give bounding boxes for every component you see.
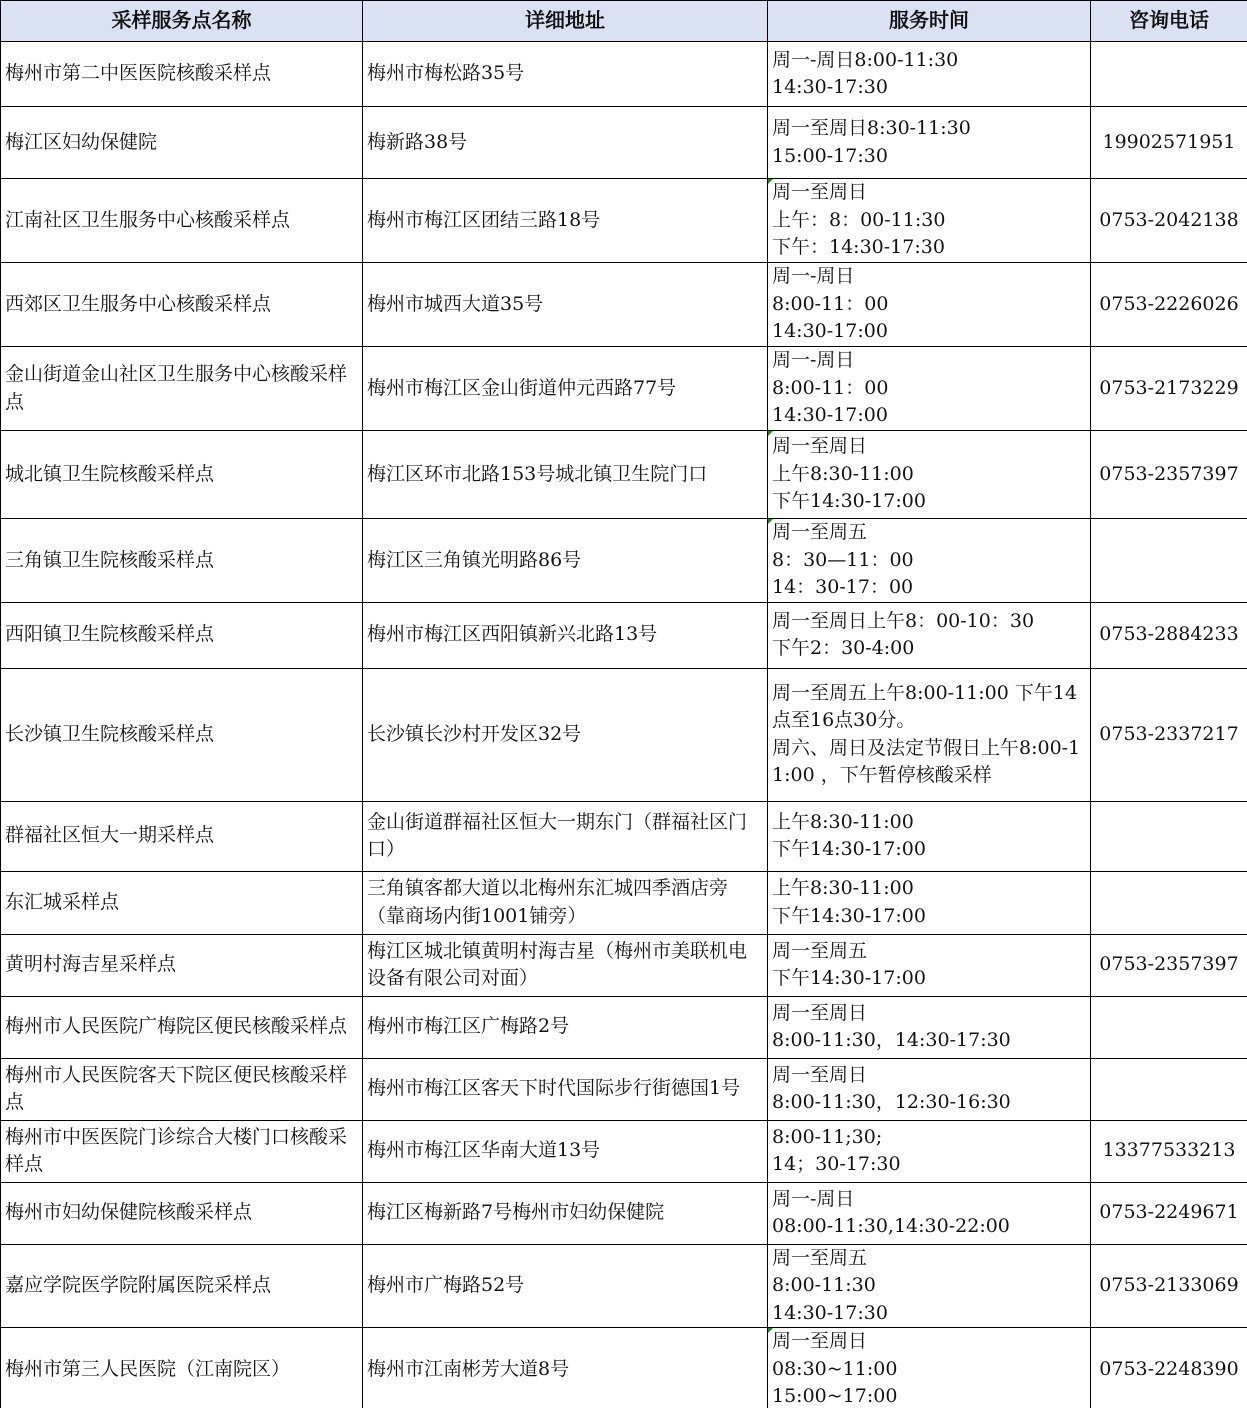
service-hours-cell-text: 周一至周五 8：30—11：00 14：30-17：00 <box>772 521 914 598</box>
table-row: 梅江区妇幼保健院梅新路38号周一至周日8:30-11:30 15:00-17:3… <box>1 107 1247 179</box>
address-cell-text: 三角镇客都大道以北梅州东汇城四季酒店旁（靠商场内街1001铺旁） <box>367 877 728 927</box>
phone-cell <box>1091 996 1247 1058</box>
site-name-cell-text: 金山街道金山社区卫生服务中心核酸采样点 <box>5 363 347 413</box>
header-address: 详细地址 <box>363 1 768 42</box>
service-hours-cell-text: 周一-周日 08:00-11:30,14:30-22:00 <box>772 1188 1010 1238</box>
service-hours-cell-text: 8:00-11;30; 14；30-17:30 <box>772 1126 901 1176</box>
table-row: 金山街道金山社区卫生服务中心核酸采样点梅州市梅江区金山街道仲元西路77号周一-周… <box>1 347 1247 431</box>
cell-comment-marker-icon <box>768 179 773 184</box>
address-cell: 梅州市城西大道35号 <box>363 263 768 347</box>
phone-cell: 0753-2884233 <box>1091 602 1247 668</box>
site-name-cell: 西阳镇卫生院核酸采样点 <box>1 602 363 668</box>
phone-cell: 0753-2337217 <box>1091 668 1247 801</box>
site-name-cell: 江南社区卫生服务中心核酸采样点 <box>1 179 363 263</box>
phone-cell-text: 0753-2249671 <box>1099 1201 1238 1223</box>
address-cell-text: 梅江区环市北路153号城北镇卫生院门口 <box>367 463 707 485</box>
service-hours-cell-text: 周一至周日8:30-11:30 15:00-17:30 <box>772 117 971 167</box>
header-site-name: 采样服务点名称 <box>1 1 363 42</box>
table-row: 梅州市中医医院门诊综合大楼门口核酸采样点梅州市梅江区华南大道13号8:00-11… <box>1 1120 1247 1182</box>
header-row: 采样服务点名称 详细地址 服务时间 咨询电话 <box>1 1 1247 42</box>
service-hours-cell-text: 周一至周日上午8：00-10：30 下午2：30-4:00 <box>772 610 1034 660</box>
address-cell-text: 梅州市梅江区西阳镇新兴北路13号 <box>367 623 657 645</box>
address-cell: 梅州市梅江区广梅路2号 <box>363 996 768 1058</box>
address-cell: 梅州市梅江区团结三路18号 <box>363 179 768 263</box>
table-row: 梅州市第二中医医院核酸采样点梅州市梅松路35号周一-周日8:00-11:30 1… <box>1 42 1247 107</box>
phone-cell: 0753-2248390 <box>1091 1328 1247 1408</box>
address-cell: 梅州市广梅路52号 <box>363 1244 768 1328</box>
service-hours-cell-text: 周一至周日 8:00-11:30，12:30-16:30 <box>772 1064 1011 1114</box>
service-hours-cell: 周一至周日 上午8:30-11:00 下午14:30-17:00 <box>768 431 1091 519</box>
site-name-cell-text: 嘉应学院医学院附属医院采样点 <box>5 1274 271 1296</box>
address-cell-text: 梅州市梅江区团结三路18号 <box>367 209 600 231</box>
phone-cell: 0753-2226026 <box>1091 263 1247 347</box>
phone-cell-text: 0753-2173229 <box>1099 377 1238 399</box>
site-name-cell: 黄明村海吉星采样点 <box>1 934 363 996</box>
service-hours-cell: 周一-周日 8:00-11：00 14:30-17:00 <box>768 347 1091 431</box>
phone-cell: 13377533213 <box>1091 1120 1247 1182</box>
site-name-cell: 梅州市第三人民医院（江南院区） <box>1 1328 363 1408</box>
address-cell: 梅新路38号 <box>363 107 768 179</box>
address-cell-text: 梅州市梅江区广梅路2号 <box>367 1015 569 1037</box>
site-name-cell-text: 西郊区卫生服务中心核酸采样点 <box>5 293 271 315</box>
service-hours-cell: 周一至周五 8:00-11:30 14:30-17:30 <box>768 1244 1091 1328</box>
service-hours-cell: 周一-周日 08:00-11:30,14:30-22:00 <box>768 1182 1091 1244</box>
phone-cell-text: 0753-2042138 <box>1099 209 1238 231</box>
service-hours-cell: 周一至周日8:30-11:30 15:00-17:30 <box>768 107 1091 179</box>
service-hours-cell-text: 上午8:30-11:00 下午14:30-17:00 <box>772 811 926 861</box>
phone-cell: 0753-2173229 <box>1091 347 1247 431</box>
service-hours-cell: 周一至周日 8:00-11:30，12:30-16:30 <box>768 1058 1091 1120</box>
site-name-cell-text: 江南社区卫生服务中心核酸采样点 <box>5 209 290 231</box>
service-hours-cell: 周一至周日上午8：00-10：30 下午2：30-4:00 <box>768 602 1091 668</box>
site-name-cell-text: 东汇城采样点 <box>5 891 119 913</box>
site-name-cell-text: 三角镇卫生院核酸采样点 <box>5 549 214 571</box>
phone-cell <box>1091 1058 1247 1120</box>
service-hours-cell: 周一至周五上午8:00-11:00 下午14点至16点30分。 周六、周日及法定… <box>768 668 1091 801</box>
address-cell: 梅州市梅江区西阳镇新兴北路13号 <box>363 602 768 668</box>
table-row: 黄明村海吉星采样点梅江区城北镇黄明村海吉星（梅州市美联机电设备有限公司对面）周一… <box>1 934 1247 996</box>
address-cell-text: 梅州市梅江区华南大道13号 <box>367 1139 600 1161</box>
address-cell: 梅州市梅松路35号 <box>363 42 768 107</box>
address-cell: 梅江区环市北路153号城北镇卫生院门口 <box>363 431 768 519</box>
site-name-cell: 梅州市中医医院门诊综合大楼门口核酸采样点 <box>1 1120 363 1182</box>
service-hours-cell-text: 周一至周五上午8:00-11:00 下午14点至16点30分。 周六、周日及法定… <box>772 682 1080 787</box>
site-name-cell: 梅江区妇幼保健院 <box>1 107 363 179</box>
address-cell-text: 梅江区三角镇光明路86号 <box>367 549 581 571</box>
service-hours-cell-text: 周一至周日 上午：8：00-11:30 下午：14:30-17:30 <box>772 181 945 258</box>
address-cell: 梅江区城北镇黄明村海吉星（梅州市美联机电设备有限公司对面） <box>363 934 768 996</box>
phone-cell-text: 0753-2357397 <box>1099 953 1238 975</box>
site-name-cell-text: 梅州市第二中医医院核酸采样点 <box>5 62 271 84</box>
service-hours-cell-text: 周一至周五 下午14:30-17:00 <box>772 940 926 990</box>
address-cell: 梅州市梅江区华南大道13号 <box>363 1120 768 1182</box>
service-hours-cell: 周一至周日 8:00-11:30，14:30-17:30 <box>768 996 1091 1058</box>
site-name-cell-text: 梅州市人民医院客天下院区便民核酸采样点 <box>5 1064 347 1114</box>
service-hours-cell: 上午8:30-11:00 下午14:30-17:00 <box>768 801 1091 871</box>
address-cell-text: 梅州市梅江区客天下时代国际步行街德国1号 <box>367 1077 740 1099</box>
site-name-cell-text: 梅州市第三人民医院（江南院区） <box>5 1358 290 1380</box>
cell-comment-marker-icon <box>768 431 773 436</box>
site-name-cell: 梅州市人民医院客天下院区便民核酸采样点 <box>1 1058 363 1120</box>
site-name-cell: 金山街道金山社区卫生服务中心核酸采样点 <box>1 347 363 431</box>
service-hours-cell-text: 周一-周日8:00-11:30 14:30-17:30 <box>772 49 958 99</box>
address-cell: 梅州市梅江区金山街道仲元西路77号 <box>363 347 768 431</box>
phone-cell: 0753-2042138 <box>1091 179 1247 263</box>
address-cell-text: 梅新路38号 <box>367 131 467 153</box>
phone-cell <box>1091 801 1247 871</box>
sampling-sites-table: 采样服务点名称 详细地址 服务时间 咨询电话 梅州市第二中医医院核酸采样点梅州市… <box>0 0 1247 1408</box>
table-row: 江南社区卫生服务中心核酸采样点梅州市梅江区团结三路18号周一至周日 上午：8：0… <box>1 179 1247 263</box>
address-cell: 梅江区梅新路7号梅州市妇幼保健院 <box>363 1182 768 1244</box>
phone-cell-text: 0753-2337217 <box>1099 723 1238 745</box>
service-hours-cell: 周一至周五 下午14:30-17:00 <box>768 934 1091 996</box>
site-name-cell-text: 长沙镇卫生院核酸采样点 <box>5 723 214 745</box>
phone-cell: 19902571951 <box>1091 107 1247 179</box>
header-service-hours: 服务时间 <box>768 1 1091 42</box>
site-name-cell: 长沙镇卫生院核酸采样点 <box>1 668 363 801</box>
site-name-cell-text: 黄明村海吉星采样点 <box>5 953 176 975</box>
site-name-cell: 东汇城采样点 <box>1 871 363 934</box>
address-cell-text: 梅州市梅江区金山街道仲元西路77号 <box>367 377 676 399</box>
service-hours-cell-text: 周一至周五 8:00-11:30 14:30-17:30 <box>772 1247 888 1324</box>
site-name-cell: 嘉应学院医学院附属医院采样点 <box>1 1244 363 1328</box>
address-cell: 梅州市江南彬芳大道8号 <box>363 1328 768 1408</box>
address-cell-text: 梅州市广梅路52号 <box>367 1274 524 1296</box>
address-cell: 梅江区三角镇光明路86号 <box>363 519 768 603</box>
address-cell-text: 梅江区城北镇黄明村海吉星（梅州市美联机电设备有限公司对面） <box>367 940 747 990</box>
site-name-cell-text: 梅州市中医医院门诊综合大楼门口核酸采样点 <box>5 1126 347 1176</box>
phone-cell: 0753-2357397 <box>1091 431 1247 519</box>
address-cell-text: 梅州市江南彬芳大道8号 <box>367 1358 569 1380</box>
address-cell: 长沙镇长沙村开发区32号 <box>363 668 768 801</box>
phone-cell-text: 0753-2226026 <box>1099 293 1238 315</box>
table-row: 梅州市妇幼保健院核酸采样点梅江区梅新路7号梅州市妇幼保健院周一-周日 08:00… <box>1 1182 1247 1244</box>
service-hours-cell: 周一-周日8:00-11:30 14:30-17:30 <box>768 42 1091 107</box>
phone-cell <box>1091 42 1247 107</box>
address-cell-text: 梅州市梅松路35号 <box>367 62 524 84</box>
address-cell: 金山街道群福社区恒大一期东门（群福社区门口） <box>363 801 768 871</box>
service-hours-cell-text: 上午8:30-11:00 下午14:30-17:00 <box>772 877 926 927</box>
site-name-cell: 西郊区卫生服务中心核酸采样点 <box>1 263 363 347</box>
site-name-cell: 群福社区恒大一期采样点 <box>1 801 363 871</box>
phone-cell: 0753-2133069 <box>1091 1244 1247 1328</box>
site-name-cell-text: 梅州市人民医院广梅院区便民核酸采样点 <box>5 1015 347 1037</box>
site-name-cell: 梅州市妇幼保健院核酸采样点 <box>1 1182 363 1244</box>
service-hours-cell: 周一至周日 上午：8：00-11:30 下午：14:30-17:30 <box>768 179 1091 263</box>
service-hours-cell-text: 周一至周日 08:30~11:00 15:00~17:00 <box>772 1330 897 1407</box>
service-hours-cell: 周一至周日 08:30~11:00 15:00~17:00 <box>768 1328 1091 1408</box>
table-row: 西郊区卫生服务中心核酸采样点梅州市城西大道35号周一-周日 8:00-11：00… <box>1 263 1247 347</box>
cell-comment-marker-icon <box>768 1328 773 1333</box>
address-cell-text: 金山街道群福社区恒大一期东门（群福社区门口） <box>367 811 747 861</box>
phone-cell-text: 0753-2884233 <box>1099 623 1238 645</box>
phone-cell-text: 0753-2133069 <box>1099 1274 1238 1296</box>
phone-cell-text: 19902571951 <box>1103 131 1236 153</box>
address-cell-text: 梅州市城西大道35号 <box>367 293 543 315</box>
table-row: 梅州市人民医院客天下院区便民核酸采样点梅州市梅江区客天下时代国际步行街德国1号周… <box>1 1058 1247 1120</box>
table-row: 嘉应学院医学院附属医院采样点梅州市广梅路52号周一至周五 8:00-11:30 … <box>1 1244 1247 1328</box>
table-row: 西阳镇卫生院核酸采样点梅州市梅江区西阳镇新兴北路13号周一至周日上午8：00-1… <box>1 602 1247 668</box>
table-row: 长沙镇卫生院核酸采样点长沙镇长沙村开发区32号周一至周五上午8:00-11:00… <box>1 668 1247 801</box>
phone-cell-text: 13377533213 <box>1103 1139 1236 1161</box>
service-hours-cell-text: 周一-周日 8:00-11：00 14:30-17:00 <box>772 265 888 342</box>
address-cell: 梅州市梅江区客天下时代国际步行街德国1号 <box>363 1058 768 1120</box>
address-cell-text: 梅江区梅新路7号梅州市妇幼保健院 <box>367 1201 664 1223</box>
phone-cell-text: 0753-2248390 <box>1099 1358 1238 1380</box>
site-name-cell: 城北镇卫生院核酸采样点 <box>1 431 363 519</box>
header-phone: 咨询电话 <box>1091 1 1247 42</box>
phone-cell-text: 0753-2357397 <box>1099 463 1238 485</box>
site-name-cell: 梅州市人民医院广梅院区便民核酸采样点 <box>1 996 363 1058</box>
phone-cell <box>1091 519 1247 603</box>
service-hours-cell-text: 周一至周日 上午8:30-11:00 下午14:30-17:00 <box>772 435 926 512</box>
service-hours-cell: 周一至周五 8：30—11：00 14：30-17：00 <box>768 519 1091 603</box>
address-cell: 三角镇客都大道以北梅州东汇城四季酒店旁（靠商场内街1001铺旁） <box>363 871 768 934</box>
service-hours-cell: 周一-周日 8:00-11：00 14:30-17:00 <box>768 263 1091 347</box>
site-name-cell-text: 城北镇卫生院核酸采样点 <box>5 463 214 485</box>
service-hours-cell: 8:00-11;30; 14；30-17:30 <box>768 1120 1091 1182</box>
table-row: 群福社区恒大一期采样点金山街道群福社区恒大一期东门（群福社区门口）上午8:30-… <box>1 801 1247 871</box>
phone-cell <box>1091 871 1247 934</box>
site-name-cell-text: 西阳镇卫生院核酸采样点 <box>5 623 214 645</box>
site-name-cell-text: 梅州市妇幼保健院核酸采样点 <box>5 1201 252 1223</box>
table-row: 梅州市第三人民医院（江南院区）梅州市江南彬芳大道8号周一至周日 08:30~11… <box>1 1328 1247 1408</box>
service-hours-cell: 上午8:30-11:00 下午14:30-17:00 <box>768 871 1091 934</box>
table-row: 城北镇卫生院核酸采样点梅江区环市北路153号城北镇卫生院门口周一至周日 上午8:… <box>1 431 1247 519</box>
site-name-cell: 三角镇卫生院核酸采样点 <box>1 519 363 603</box>
cell-comment-marker-icon <box>768 519 773 524</box>
address-cell-text: 长沙镇长沙村开发区32号 <box>367 723 581 745</box>
site-name-cell-text: 群福社区恒大一期采样点 <box>5 824 214 846</box>
table-row: 三角镇卫生院核酸采样点梅江区三角镇光明路86号周一至周五 8：30—11：00 … <box>1 519 1247 603</box>
phone-cell: 0753-2249671 <box>1091 1182 1247 1244</box>
site-name-cell-text: 梅江区妇幼保健院 <box>5 131 157 153</box>
table-row: 东汇城采样点三角镇客都大道以北梅州东汇城四季酒店旁（靠商场内街1001铺旁）上午… <box>1 871 1247 934</box>
service-hours-cell-text: 周一至周日 8:00-11:30，14:30-17:30 <box>772 1002 1011 1052</box>
service-hours-cell-text: 周一-周日 8:00-11：00 14:30-17:00 <box>772 349 888 426</box>
phone-cell: 0753-2357397 <box>1091 934 1247 996</box>
table-row: 梅州市人民医院广梅院区便民核酸采样点梅州市梅江区广梅路2号周一至周日 8:00-… <box>1 996 1247 1058</box>
site-name-cell: 梅州市第二中医医院核酸采样点 <box>1 42 363 107</box>
